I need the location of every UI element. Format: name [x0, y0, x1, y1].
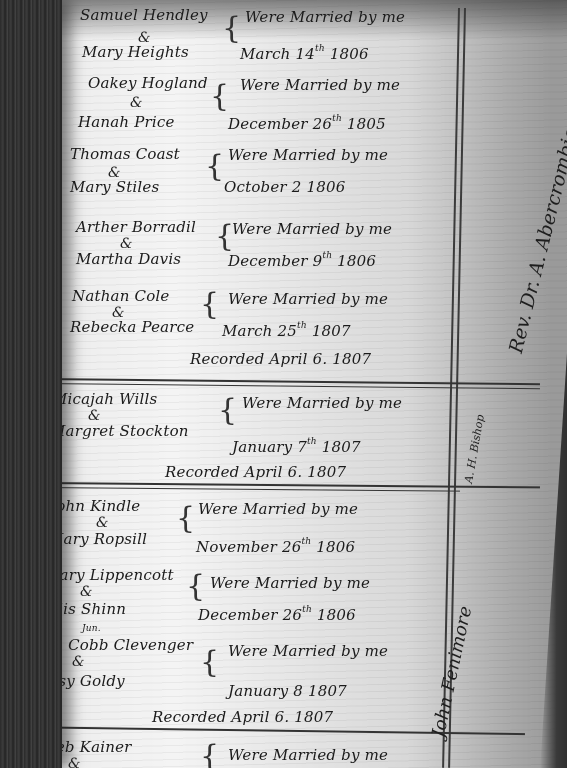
- ampersand: &: [96, 515, 109, 531]
- bride-name: Mary Ropsill: [48, 530, 147, 548]
- marriage-statement: Were Married by me: [228, 290, 388, 308]
- marriage-statement: Were Married by me: [245, 8, 405, 26]
- groom-name: Thomas Coast: [70, 145, 180, 163]
- groom-name: Samuel Hendley: [80, 6, 208, 24]
- bride-name: Mary Heights: [82, 43, 189, 61]
- marriage-date: November 26th 1806: [196, 538, 355, 556]
- groom-name: Micajah Wills: [52, 390, 157, 408]
- ampersand: &: [130, 95, 143, 111]
- section-divider-2b: [40, 487, 460, 492]
- recorded-note: Recorded April 6. 1807: [152, 708, 333, 726]
- groom-name: Oakey Hogland: [88, 74, 208, 92]
- brace: {: [222, 14, 241, 44]
- groom-name-note: Jun.: [82, 624, 101, 634]
- groom-name: Arther Borradil: [76, 218, 196, 236]
- ampersand: &: [80, 584, 93, 600]
- marriage-statement: Were Married by me: [228, 146, 388, 164]
- scan-margin: [567, 0, 581, 768]
- brace: {: [210, 82, 229, 112]
- bride-name: Margret Stockton: [50, 422, 189, 440]
- brace: {: [218, 396, 237, 426]
- marriage-date: March 14th 1806: [240, 45, 369, 63]
- recorded-note: Recorded April 6. 1807: [190, 350, 371, 368]
- brace: {: [200, 290, 219, 320]
- ampersand: &: [72, 654, 85, 670]
- ampersand: &: [68, 756, 81, 768]
- book-binding-shadow: [0, 0, 62, 768]
- officiant-signature: John Fenimore: [428, 604, 476, 739]
- brace: {: [205, 152, 224, 182]
- groom-name: Mary Lippencott: [44, 566, 174, 584]
- bride-name: Martha Davis: [76, 250, 181, 268]
- brace: {: [176, 504, 195, 534]
- brace: {: [200, 648, 219, 678]
- marriage-date: December 26th 1806: [198, 606, 356, 624]
- marriage-date: January 7th 1807: [232, 438, 361, 456]
- brace: {: [186, 572, 205, 602]
- marriage-statement: Were Married by me: [210, 574, 370, 592]
- brace: {: [200, 742, 219, 768]
- marriage-date: March 25th 1807: [222, 322, 351, 340]
- marriage-statement: Were Married by me: [198, 500, 358, 518]
- bride-name: Hanah Price: [78, 113, 175, 131]
- marriage-statement: Were Married by me: [228, 642, 388, 660]
- page-edge-shadow: [540, 330, 570, 768]
- marriage-statement: Were Married by me: [232, 220, 392, 238]
- marriage-date: December 26th 1805: [228, 115, 386, 133]
- bride-name: Rebecka Pearce: [70, 318, 194, 336]
- officiant-signature: A. H. Bishop: [462, 414, 487, 485]
- groom-name: Nathan Cole: [72, 287, 170, 305]
- register-page: Samuel Hendley & Mary Heights { Were Mar…: [0, 0, 581, 768]
- marriage-statement: Were Married by me: [228, 746, 388, 764]
- groom-name: John Kindle: [50, 497, 140, 515]
- marriage-date: January 8 1807: [228, 682, 347, 700]
- bride-name: Mary Stiles: [70, 178, 159, 196]
- marriage-statement: Were Married by me: [242, 394, 402, 412]
- recorded-note: Recorded April 6. 1807: [165, 463, 346, 481]
- marriage-date: December 9th 1806: [228, 252, 376, 270]
- marriage-date: October 2 1806: [224, 178, 345, 196]
- marriage-statement: Were Married by me: [240, 76, 400, 94]
